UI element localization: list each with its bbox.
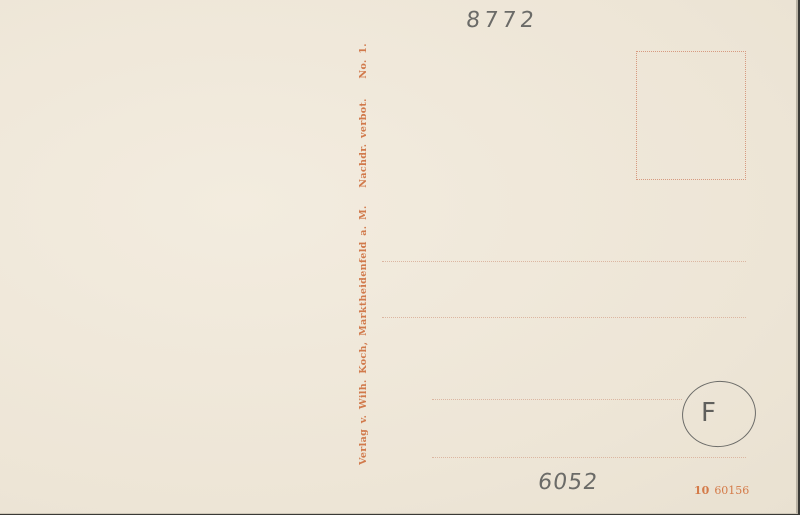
address-line-1: [382, 261, 746, 262]
card-number: No. 1.: [358, 43, 369, 79]
address-line-2: [382, 317, 746, 318]
serial-prefix: 10: [694, 484, 709, 497]
address-line-3: [432, 399, 682, 400]
publisher-imprint: Verlag v. Wilh. Koch, Marktheidenfeld a.…: [358, 43, 369, 465]
pencil-circle: [678, 376, 760, 452]
serial-number: 1060156: [694, 484, 749, 497]
postcard-back: Verlag v. Wilh. Koch, Marktheidenfeld a.…: [0, 0, 798, 514]
publisher-text: Verlag v. Wilh. Koch, Marktheidenfeld a.…: [358, 205, 369, 465]
stamp-box: [636, 51, 746, 180]
address-line-4: [432, 457, 746, 458]
reprint-notice: Nachdr. verbot.: [358, 98, 369, 187]
pencil-number-top: 8772: [465, 8, 540, 33]
circled-letter: F: [701, 398, 716, 428]
serial-value: 60156: [714, 484, 749, 497]
pencil-number-bottom: 6052: [536, 470, 600, 495]
